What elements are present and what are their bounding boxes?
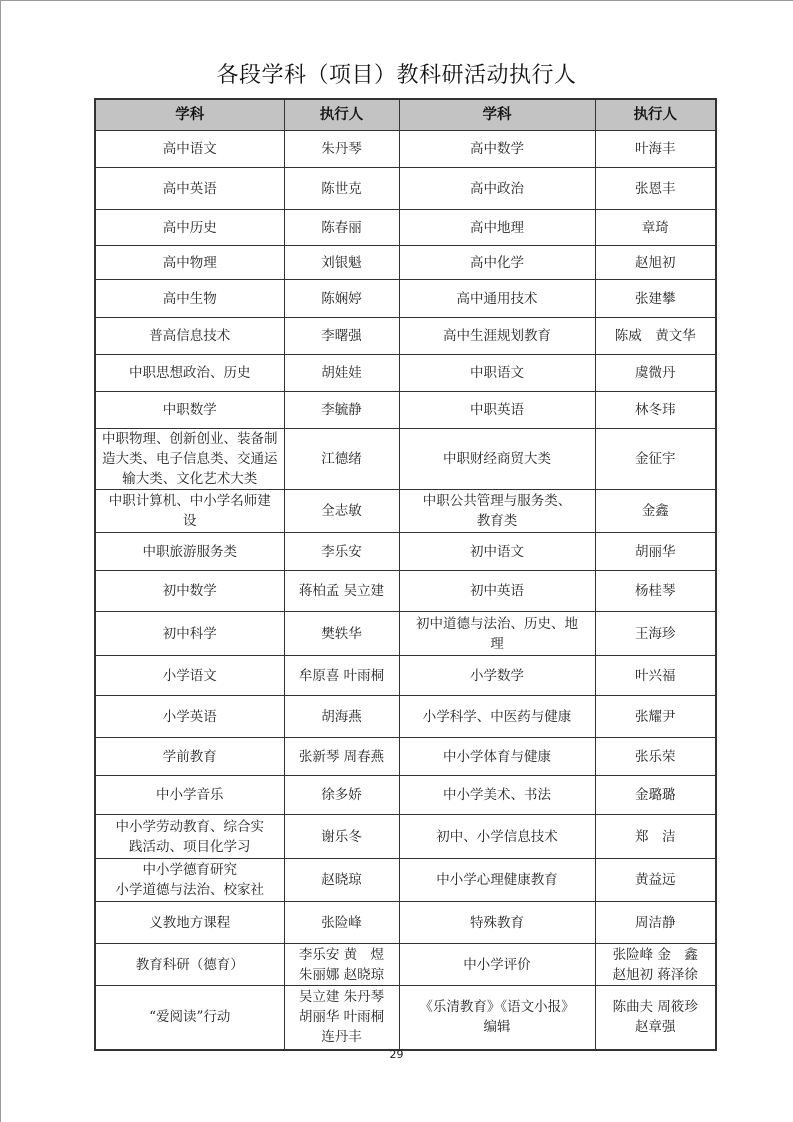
cell-text: 张建攀 (600, 289, 712, 309)
executor-table: 学科 执行人 学科 执行人 高中语文朱丹琴高中数学叶海丰高中英语陈世克高中政治张… (94, 98, 717, 1051)
table-row: 中职数学李毓静中职英语林冬玮 (95, 392, 716, 429)
cell-text: 牟原喜 叶雨桐 (289, 666, 395, 686)
subject-cell: 《乐清教育》《语文小报》编辑 (399, 986, 595, 1050)
executor-cell: 张恩丰 (595, 168, 716, 210)
subject-cell: 中小学体育与健康 (399, 738, 595, 776)
executor-cell: 陈威 黄文华 (595, 318, 716, 355)
cell-text: 中小学评价 (404, 955, 591, 975)
table-row: 高中物理刘银魁高中化学赵旭初 (95, 246, 716, 280)
table-row: 教育科研（德育）李乐安 黄 煜朱丽娜 赵晓琼中小学评价张险峰 金 鑫赵旭初 蒋泽… (95, 944, 716, 986)
subject-cell: 中职财经商贸大类 (399, 429, 595, 490)
cell-text: 章琦 (600, 218, 712, 238)
cell-text: 叶海丰 (600, 139, 712, 159)
subject-cell: 高中化学 (399, 246, 595, 280)
executor-cell: 全志敏 (284, 490, 399, 533)
cell-text: 刘银魁 (289, 253, 395, 273)
cell-text: 陈威 黄文华 (600, 326, 712, 346)
table-row: 学前教育张新琴 周春燕中小学体育与健康张乐荣 (95, 738, 716, 776)
subject-cell: 中小学劳动教育、综合实践活动、项目化学习 (95, 815, 284, 859)
cell-text: 初中、小学信息技术 (404, 827, 591, 847)
subject-cell: 高中语文 (95, 131, 284, 168)
executor-cell: 刘银魁 (284, 246, 399, 280)
subject-cell: 高中通用技术 (399, 280, 595, 318)
executor-cell: 张建攀 (595, 280, 716, 318)
executor-cell: 胡丽华 (595, 533, 716, 571)
cell-text: 陈曲夫 周筱珍 (600, 997, 712, 1017)
executor-cell: 牟原喜 叶雨桐 (284, 656, 399, 696)
table-row: 中职物理、创新创业、装备制造大类、电子信息类、交通运输大类、文化艺术大类江德绪中… (95, 429, 716, 490)
table-row: “爱阅读”行动吴立建 朱丹琴胡丽华 叶雨桐连丹丰《乐清教育》《语文小报》编辑陈曲… (95, 986, 716, 1050)
cell-text: 中小学美术、书法 (404, 785, 591, 805)
subject-cell: 高中英语 (95, 168, 284, 210)
cell-text: 小学道德与法治、校家社 (100, 880, 280, 900)
cell-text: 中小学心理健康教育 (404, 870, 591, 890)
executor-cell: 郑 洁 (595, 815, 716, 859)
cell-text: 中职英语 (404, 400, 591, 420)
subject-cell: 中职数学 (95, 392, 284, 429)
subject-cell: 普高信息技术 (95, 318, 284, 355)
cell-text: 金璐璐 (600, 785, 712, 805)
subject-cell: 中职英语 (399, 392, 595, 429)
table-row: 高中历史陈春丽高中地理章琦 (95, 210, 716, 246)
subject-cell: 小学数学 (399, 656, 595, 696)
cell-text: 小学科学、中医药与健康 (404, 707, 591, 727)
cell-text: 谢乐冬 (289, 827, 395, 847)
cell-text: 朱丹琴 (289, 139, 395, 159)
executor-cell: 张耀尹 (595, 696, 716, 738)
cell-text: 高中生涯规划教育 (404, 326, 591, 346)
executor-cell: 朱丹琴 (284, 131, 399, 168)
cell-text: 高中地理 (404, 218, 591, 238)
cell-text: 李曙强 (289, 326, 395, 346)
cell-text: 黄益远 (600, 870, 712, 890)
cell-text: 江德绪 (289, 449, 395, 469)
subject-cell: 小学科学、中医药与健康 (399, 696, 595, 738)
cell-text: 赵章强 (600, 1017, 712, 1037)
executor-cell: 胡海燕 (284, 696, 399, 738)
executor-cell: 李毓静 (284, 392, 399, 429)
cell-text: 中小学体育与健康 (404, 747, 591, 767)
subject-cell: 义教地方课程 (95, 902, 284, 944)
executor-cell: 赵旭初 (595, 246, 716, 280)
cell-text: 蒋柏孟 吴立建 (289, 581, 395, 601)
cell-text: 王海珍 (600, 624, 712, 644)
cell-text: 教育类 (404, 511, 591, 531)
subject-cell: 学前教育 (95, 738, 284, 776)
subject-cell: 小学英语 (95, 696, 284, 738)
executor-cell: 徐多娇 (284, 776, 399, 815)
executor-cell: 蒋柏孟 吴立建 (284, 571, 399, 612)
executor-cell: 虞微丹 (595, 355, 716, 392)
cell-text: 义教地方课程 (100, 913, 280, 933)
executor-cell: 胡娃娃 (284, 355, 399, 392)
cell-text: 张耀尹 (600, 707, 712, 727)
header-subject: 学科 (399, 99, 595, 131)
cell-text: 中职公共管理与服务类、 (404, 491, 591, 511)
cell-text: 小学语文 (100, 666, 280, 686)
subject-cell: 中职公共管理与服务类、教育类 (399, 490, 595, 533)
table-row: 小学英语胡海燕小学科学、中医药与健康张耀尹 (95, 696, 716, 738)
cell-text: 全志敏 (289, 501, 395, 521)
executor-cell: 金征宇 (595, 429, 716, 490)
executor-cell: 张乐荣 (595, 738, 716, 776)
executor-cell: 陈春丽 (284, 210, 399, 246)
executor-cell: 周洁静 (595, 902, 716, 944)
executor-cell: 王海珍 (595, 612, 716, 656)
page-number: 29 (0, 1048, 793, 1061)
cell-text: 李乐安 (289, 542, 395, 562)
cell-text: 初中英语 (404, 581, 591, 601)
cell-text: 中小学音乐 (100, 785, 280, 805)
table-row: 高中生物陈娴婷高中通用技术张建攀 (95, 280, 716, 318)
subject-cell: 教育科研（德育） (95, 944, 284, 986)
table-row: 中小学劳动教育、综合实践活动、项目化学习谢乐冬初中、小学信息技术郑 洁 (95, 815, 716, 859)
table-row: 高中语文朱丹琴高中数学叶海丰 (95, 131, 716, 168)
executor-cell: 樊轶华 (284, 612, 399, 656)
cell-text: 虞微丹 (600, 363, 712, 383)
cell-text: 胡海燕 (289, 707, 395, 727)
table-row: 中职旅游服务类李乐安初中语文胡丽华 (95, 533, 716, 571)
executor-cell: 吴立建 朱丹琴胡丽华 叶雨桐连丹丰 (284, 986, 399, 1050)
header-subject: 学科 (95, 99, 284, 131)
cell-text: 高中数学 (404, 139, 591, 159)
executor-cell: 金鑫 (595, 490, 716, 533)
subject-cell: 中小学音乐 (95, 776, 284, 815)
table-row: 普高信息技术李曙强高中生涯规划教育陈威 黄文华 (95, 318, 716, 355)
executor-cell: 张险峰 (284, 902, 399, 944)
subject-cell: 中小学评价 (399, 944, 595, 986)
table-row: 中职计算机、中小学名师建设全志敏中职公共管理与服务类、教育类金鑫 (95, 490, 716, 533)
executor-cell: 章琦 (595, 210, 716, 246)
cell-text: 林冬玮 (600, 400, 712, 420)
subject-cell: 高中生物 (95, 280, 284, 318)
subject-cell: 中小学美术、书法 (399, 776, 595, 815)
cell-text: 吴立建 朱丹琴 (289, 987, 395, 1007)
cell-text: 高中物理 (100, 253, 280, 273)
subject-cell: 初中道德与法治、历史、地理 (399, 612, 595, 656)
cell-text: 设 (100, 511, 280, 531)
cell-text: 张险峰 (289, 913, 395, 933)
subject-cell: 高中历史 (95, 210, 284, 246)
executor-cell: 李乐安 黄 煜朱丽娜 赵晓琼 (284, 944, 399, 986)
subject-cell: “爱阅读”行动 (95, 986, 284, 1050)
cell-text: 中职思想政治、历史 (100, 363, 280, 383)
table-row: 初中数学蒋柏孟 吴立建初中英语杨桂琴 (95, 571, 716, 612)
page-border (0, 0, 793, 1)
cell-text: 胡丽华 (600, 542, 712, 562)
subject-cell: 小学语文 (95, 656, 284, 696)
cell-text: 中职旅游服务类 (100, 542, 280, 562)
cell-text: 高中语文 (100, 139, 280, 159)
subject-cell: 中职旅游服务类 (95, 533, 284, 571)
cell-text: 高中历史 (100, 218, 280, 238)
subject-cell: 中职物理、创新创业、装备制造大类、电子信息类、交通运输大类、文化艺术大类 (95, 429, 284, 490)
cell-text: 中职数学 (100, 400, 280, 420)
executor-cell: 林冬玮 (595, 392, 716, 429)
cell-text: 初中数学 (100, 581, 280, 601)
cell-text: 胡丽华 叶雨桐 (289, 1007, 395, 1027)
cell-text: 李毓静 (289, 400, 395, 420)
subject-cell: 高中物理 (95, 246, 284, 280)
table-row: 中职思想政治、历史胡娃娃中职语文虞微丹 (95, 355, 716, 392)
cell-text: 普高信息技术 (100, 326, 280, 346)
cell-text: 陈世克 (289, 179, 395, 199)
subject-cell: 初中英语 (399, 571, 595, 612)
table-body: 高中语文朱丹琴高中数学叶海丰高中英语陈世克高中政治张恩丰高中历史陈春丽高中地理章… (95, 131, 716, 1050)
executor-cell: 黄益远 (595, 859, 716, 902)
executor-cell: 陈世克 (284, 168, 399, 210)
table-row: 中小学德育研究小学道德与法治、校家社赵晓琼中小学心理健康教育黄益远 (95, 859, 716, 902)
cell-text: 初中科学 (100, 624, 280, 644)
table-row: 小学语文牟原喜 叶雨桐小学数学叶兴福 (95, 656, 716, 696)
executor-cell: 张新琴 周春燕 (284, 738, 399, 776)
cell-text: 造大类、电子信息类、交通运 (100, 449, 280, 469)
cell-text: 胡娃娃 (289, 363, 395, 383)
cell-text: 张险峰 金 鑫 (600, 945, 712, 965)
executor-cell: 陈曲夫 周筱珍赵章强 (595, 986, 716, 1050)
cell-text: 理 (404, 634, 591, 654)
subject-cell: 初中科学 (95, 612, 284, 656)
table-row: 中小学音乐徐多娇中小学美术、书法金璐璐 (95, 776, 716, 815)
cell-text: 中职语文 (404, 363, 591, 383)
cell-text: 《乐清教育》《语文小报》 (404, 997, 591, 1017)
cell-text: 张恩丰 (600, 179, 712, 199)
cell-text: 高中生物 (100, 289, 280, 309)
cell-text: 特殊教育 (404, 913, 591, 933)
executor-cell: 江德绪 (284, 429, 399, 490)
table-row: 初中科学樊轶华初中道德与法治、历史、地理王海珍 (95, 612, 716, 656)
cell-text: 初中道德与法治、历史、地 (404, 614, 591, 634)
cell-text: 教育科研（德育） (100, 955, 280, 975)
table-row: 高中英语陈世克高中政治张恩丰 (95, 168, 716, 210)
cell-text: 赵晓琼 (289, 870, 395, 890)
subject-cell: 中职计算机、中小学名师建设 (95, 490, 284, 533)
cell-text: 赵旭初 蒋泽徐 (600, 965, 712, 985)
cell-text: 小学英语 (100, 707, 280, 727)
cell-text: 学前教育 (100, 747, 280, 767)
cell-text: 樊轶华 (289, 624, 395, 644)
cell-text: 高中英语 (100, 179, 280, 199)
subject-cell: 中小学德育研究小学道德与法治、校家社 (95, 859, 284, 902)
cell-text: 初中语文 (404, 542, 591, 562)
cell-text: 金征宇 (600, 449, 712, 469)
header-executor: 执行人 (284, 99, 399, 131)
cell-text: 高中通用技术 (404, 289, 591, 309)
cell-text: 周洁静 (600, 913, 712, 933)
cell-text: 郑 洁 (600, 827, 712, 847)
cell-text: 输大类、文化艺术大类 (100, 469, 280, 489)
subject-cell: 高中政治 (399, 168, 595, 210)
cell-text: 中小学劳动教育、综合实 (100, 817, 280, 837)
subject-cell: 中职思想政治、历史 (95, 355, 284, 392)
executor-cell: 杨桂琴 (595, 571, 716, 612)
cell-text: 金鑫 (600, 501, 712, 521)
subject-cell: 初中语文 (399, 533, 595, 571)
cell-text: 中小学德育研究 (100, 860, 280, 880)
cell-text: 中职物理、创新创业、装备制 (100, 429, 280, 449)
cell-text: 践活动、项目化学习 (100, 837, 280, 857)
executor-cell: 陈娴婷 (284, 280, 399, 318)
cell-text: 叶兴福 (600, 666, 712, 686)
cell-text: 中职财经商贸大类 (404, 449, 591, 469)
cell-text: 陈娴婷 (289, 289, 395, 309)
subject-cell: 初中数学 (95, 571, 284, 612)
cell-text: 赵旭初 (600, 253, 712, 273)
page-title: 各段学科（项目）教科研活动执行人 (0, 58, 793, 89)
cell-text: 徐多娇 (289, 785, 395, 805)
cell-text: 高中化学 (404, 253, 591, 273)
subject-cell: 高中数学 (399, 131, 595, 168)
executor-cell: 张险峰 金 鑫赵旭初 蒋泽徐 (595, 944, 716, 986)
subject-cell: 中职语文 (399, 355, 595, 392)
subject-cell: 中小学心理健康教育 (399, 859, 595, 902)
executor-cell: 赵晓琼 (284, 859, 399, 902)
cell-text: 中职计算机、中小学名师建 (100, 491, 280, 511)
cell-text: 张乐荣 (600, 747, 712, 767)
executor-cell: 李曙强 (284, 318, 399, 355)
cell-text: 高中政治 (404, 179, 591, 199)
table-header-row: 学科 执行人 学科 执行人 (95, 99, 716, 131)
subject-cell: 高中生涯规划教育 (399, 318, 595, 355)
subject-cell: 高中地理 (399, 210, 595, 246)
executor-cell: 李乐安 (284, 533, 399, 571)
cell-text: 陈春丽 (289, 218, 395, 238)
executor-cell: 金璐璐 (595, 776, 716, 815)
executor-cell: 谢乐冬 (284, 815, 399, 859)
executor-cell: 叶海丰 (595, 131, 716, 168)
cell-text: 张新琴 周春燕 (289, 747, 395, 767)
cell-text: 李乐安 黄 煜 (289, 945, 395, 965)
cell-text: 连丹丰 (289, 1027, 395, 1047)
cell-text: 朱丽娜 赵晓琼 (289, 965, 395, 985)
subject-cell: 特殊教育 (399, 902, 595, 944)
cell-text: 杨桂琴 (600, 581, 712, 601)
table-row: 义教地方课程张险峰特殊教育周洁静 (95, 902, 716, 944)
executor-cell: 叶兴福 (595, 656, 716, 696)
cell-text: 小学数学 (404, 666, 591, 686)
subject-cell: 初中、小学信息技术 (399, 815, 595, 859)
page-border (0, 0, 1, 1122)
cell-text: 编辑 (404, 1017, 591, 1037)
cell-text: “爱阅读”行动 (100, 1007, 280, 1027)
header-executor: 执行人 (595, 99, 716, 131)
